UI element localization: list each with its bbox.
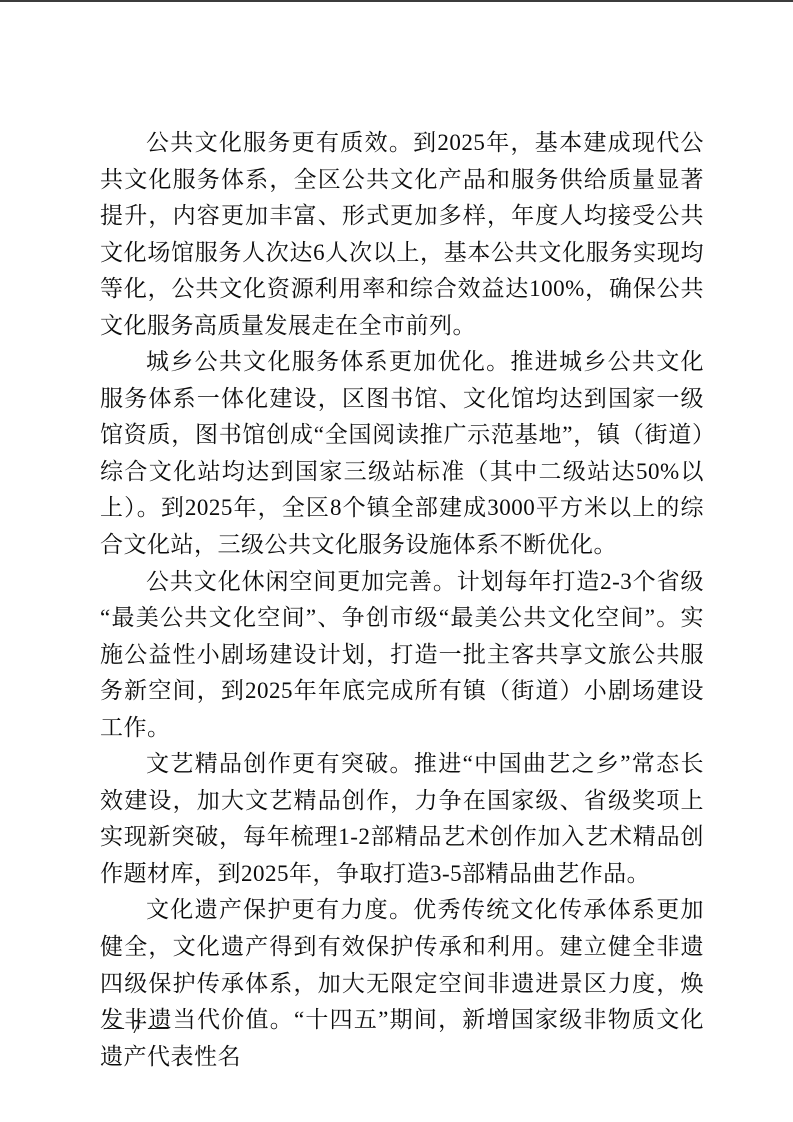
- paragraph-urban-rural-culture-system: 城乡公共文化服务体系更加优化。推进城乡公共文化服务体系一体化建设，区图书馆、文化…: [100, 344, 704, 563]
- paragraph-art-creation-breakthrough: 文艺精品创作更有突破。推进“中国曲艺之乡”常态长效建设，加大文艺精品创作，力争在…: [100, 746, 704, 892]
- paragraph-cultural-heritage-protection: 文化遗产保护更有力度。优秀传统文化传承体系更加健全，文化遗产得到有效保护传承和利…: [100, 892, 704, 1075]
- document-page: 公共文化服务更有质效。到2025年，基本建成现代公共文化服务体系，全区公共文化产…: [0, 0, 793, 1122]
- paragraph-culture-leisure-space: 公共文化休闲空间更加完善。计划每年打造2-3个省级“最美公共文化空间”、争创市级…: [100, 564, 704, 747]
- scan-edge-line: [0, 0, 793, 2]
- page-number: — 7 —: [104, 1013, 169, 1041]
- paragraph-public-culture-service-quality: 公共文化服务更有质效。到2025年，基本建成现代公共文化服务体系，全区公共文化产…: [100, 125, 704, 344]
- document-body: 公共文化服务更有质效。到2025年，基本建成现代公共文化服务体系，全区公共文化产…: [100, 125, 704, 1075]
